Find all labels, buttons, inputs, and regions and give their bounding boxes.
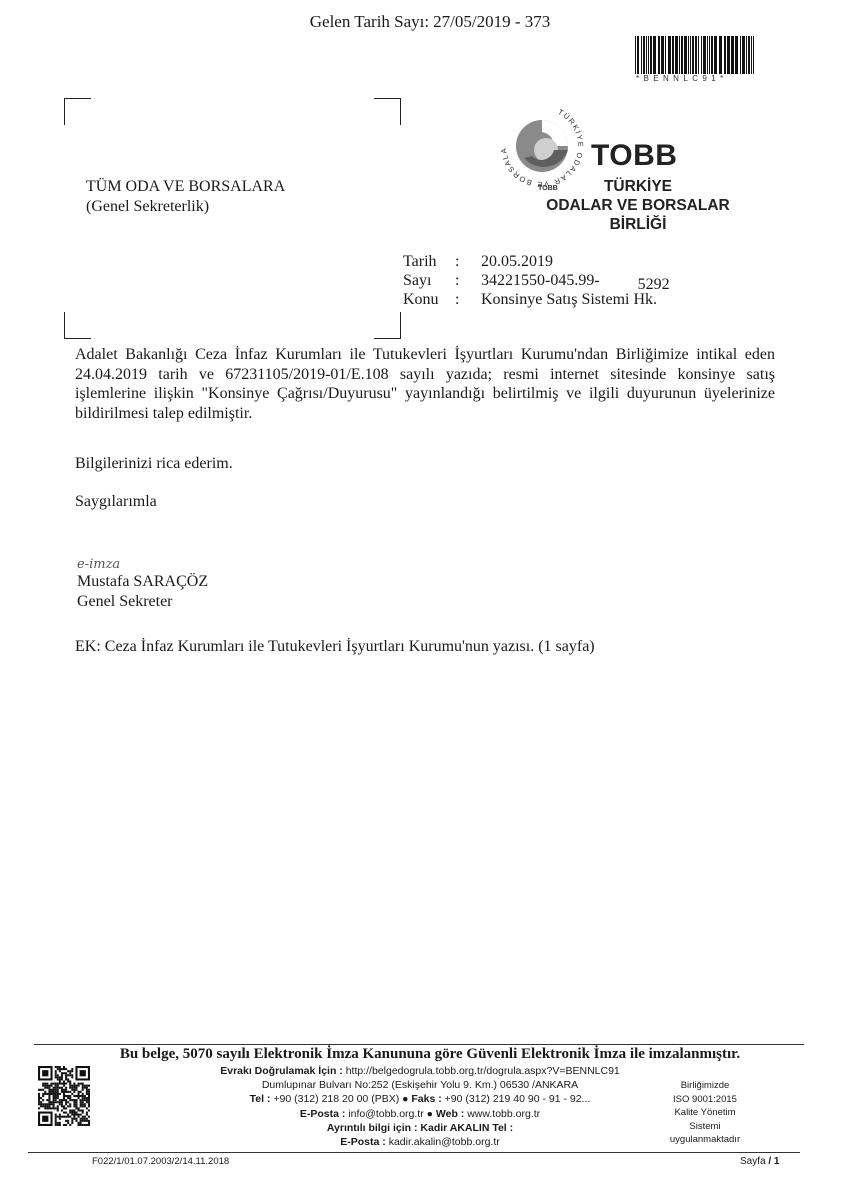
separator: : xyxy=(455,271,481,290)
contact-email-line: E-Posta : kadir.akalin@tobb.org.tr xyxy=(160,1135,680,1149)
recipient-name: TÜM ODA VE BORSALARA xyxy=(86,177,285,197)
address-corner-mark xyxy=(64,98,91,125)
page-label: Sayfa xyxy=(740,1156,766,1167)
tobb-acronym: TOBB xyxy=(591,139,677,173)
meta-date-row: Tarih : 20.05.2019 xyxy=(403,252,670,271)
number-value: 34221550-045.99- xyxy=(481,271,600,290)
attachment-note: EK: Ceza İnfaz Kurumları ile Tutukevleri… xyxy=(75,638,595,656)
incoming-stamp-value: 27/05/2019 - 373 xyxy=(433,12,550,31)
bullet-icon: ● xyxy=(427,1108,433,1120)
tel-value: +90 (312) 218 20 00 (PBX) xyxy=(273,1093,399,1105)
web-link[interactable]: www.tobb.org.tr xyxy=(467,1108,540,1120)
organization-name-line: BİRLİĞİ xyxy=(538,215,738,234)
bullet-icon: ● xyxy=(402,1093,408,1105)
form-code: F022/1/01.07.2003/2/14.11.2018 xyxy=(92,1156,229,1167)
phone-line: Tel : +90 (312) 218 20 00 (PBX) ● Faks :… xyxy=(160,1092,680,1106)
fax-value: +90 (312) 219 40 90 - 91 - 92... xyxy=(445,1093,591,1105)
footer-contact-info: Evrakı Doğrulamak İçin : http://belgedog… xyxy=(160,1064,680,1149)
closing-line: Bilgilerinizi rica ederim. xyxy=(75,455,233,473)
recipient-block: TÜM ODA VE BORSALARA (Genel Sekreterlik) xyxy=(86,177,285,217)
iso-line: Birliğimizde xyxy=(640,1079,770,1093)
date-label: Tarih xyxy=(403,252,455,271)
date-value: 20.05.2019 xyxy=(481,252,553,271)
verify-line: Evrakı Doğrulamak İçin : http://belgedog… xyxy=(160,1064,680,1078)
number-suffix: 5292 xyxy=(638,275,670,294)
organization-name-line: TÜRKİYE xyxy=(538,177,738,196)
separator: : xyxy=(455,252,481,271)
web-label: Web : xyxy=(436,1108,464,1120)
barcode-icon xyxy=(634,36,756,74)
address-line: Dumlupınar Bulvarı No:252 (Eskişehir Yol… xyxy=(160,1078,680,1092)
email-web-line: E-Posta : info@tobb.org.tr ● Web : www.t… xyxy=(160,1107,680,1121)
verify-label: Evrakı Doğrulamak İçin : xyxy=(220,1065,343,1077)
iso-line: Sistemi xyxy=(640,1120,770,1134)
subject-label: Konu xyxy=(403,290,455,309)
incoming-stamp: Gelen Tarih Sayı:27/05/2019 - 373 xyxy=(0,12,850,32)
subject-value: Konsinye Satış Sistemi Hk. xyxy=(481,290,657,309)
contact-value: Kadir AKALIN Tel : xyxy=(420,1122,513,1134)
barcode-text: *BENNLC91* xyxy=(636,74,756,83)
iso-line: Kalite Yönetim xyxy=(640,1106,770,1120)
iso-line: ISO 9001:2015 xyxy=(640,1093,770,1107)
verify-link[interactable]: http://belgedogrula.tobb.org.tr/dogrula.… xyxy=(346,1065,620,1077)
regards-line: Saygılarımla xyxy=(75,493,157,511)
contact-line: Ayrıntılı bilgi için : Kadir AKALIN Tel … xyxy=(160,1121,680,1135)
email-link[interactable]: info@tobb.org.tr xyxy=(348,1108,423,1120)
separator: : xyxy=(455,290,481,309)
iso-certification-note: Birliğimizde ISO 9001:2015 Kalite Yöneti… xyxy=(640,1079,770,1147)
page-number: Sayfa / 1 xyxy=(740,1156,779,1167)
organization-name-line: ODALAR VE BORSALAR xyxy=(538,196,738,215)
footer-esignature-notice: Bu belge, 5070 sayılı Elektronik İmza Ka… xyxy=(0,1046,850,1063)
document-meta: Tarih : 20.05.2019 Sayı : 34221550-045.9… xyxy=(403,252,670,309)
meta-subject-row: Konu : Konsinye Satış Sistemi Hk. xyxy=(403,290,670,309)
number-label: Sayı xyxy=(403,271,455,290)
qr-code-icon[interactable] xyxy=(38,1066,90,1126)
iso-line: uygulanmaktadır xyxy=(640,1133,770,1147)
address-corner-mark xyxy=(374,98,401,125)
meta-number-row: Sayı : 34221550-045.99- 5292 xyxy=(403,271,670,290)
e-signature-mark: e-imza xyxy=(77,557,120,572)
page-value: / 1 xyxy=(768,1156,779,1167)
body-paragraph: Adalet Bakanlığı Ceza İnfaz Kurumları il… xyxy=(75,345,775,423)
signer-name: Mustafa SARAÇÖZ xyxy=(77,572,208,592)
contact-email-link[interactable]: kadir.akalin@tobb.org.tr xyxy=(389,1136,500,1148)
contact-label: Ayrıntılı bilgi için : xyxy=(327,1122,418,1134)
signer-title: Genel Sekreter xyxy=(77,592,208,612)
address-corner-mark xyxy=(374,312,401,339)
address-corner-mark xyxy=(64,312,91,339)
organization-name: TÜRKİYE ODALAR VE BORSALAR BİRLİĞİ xyxy=(538,177,738,234)
tel-label: Tel : xyxy=(250,1093,271,1105)
footer-divider xyxy=(34,1044,804,1045)
incoming-stamp-label: Gelen Tarih Sayı: xyxy=(310,12,429,31)
email-label: E-Posta : xyxy=(300,1108,346,1120)
footer-bottom-divider xyxy=(28,1152,800,1153)
contact-email-label: E-Posta : xyxy=(340,1136,386,1148)
signer-block: Mustafa SARAÇÖZ Genel Sekreter xyxy=(77,572,208,612)
fax-label: Faks : xyxy=(411,1093,441,1105)
recipient-department: (Genel Sekreterlik) xyxy=(86,197,285,217)
